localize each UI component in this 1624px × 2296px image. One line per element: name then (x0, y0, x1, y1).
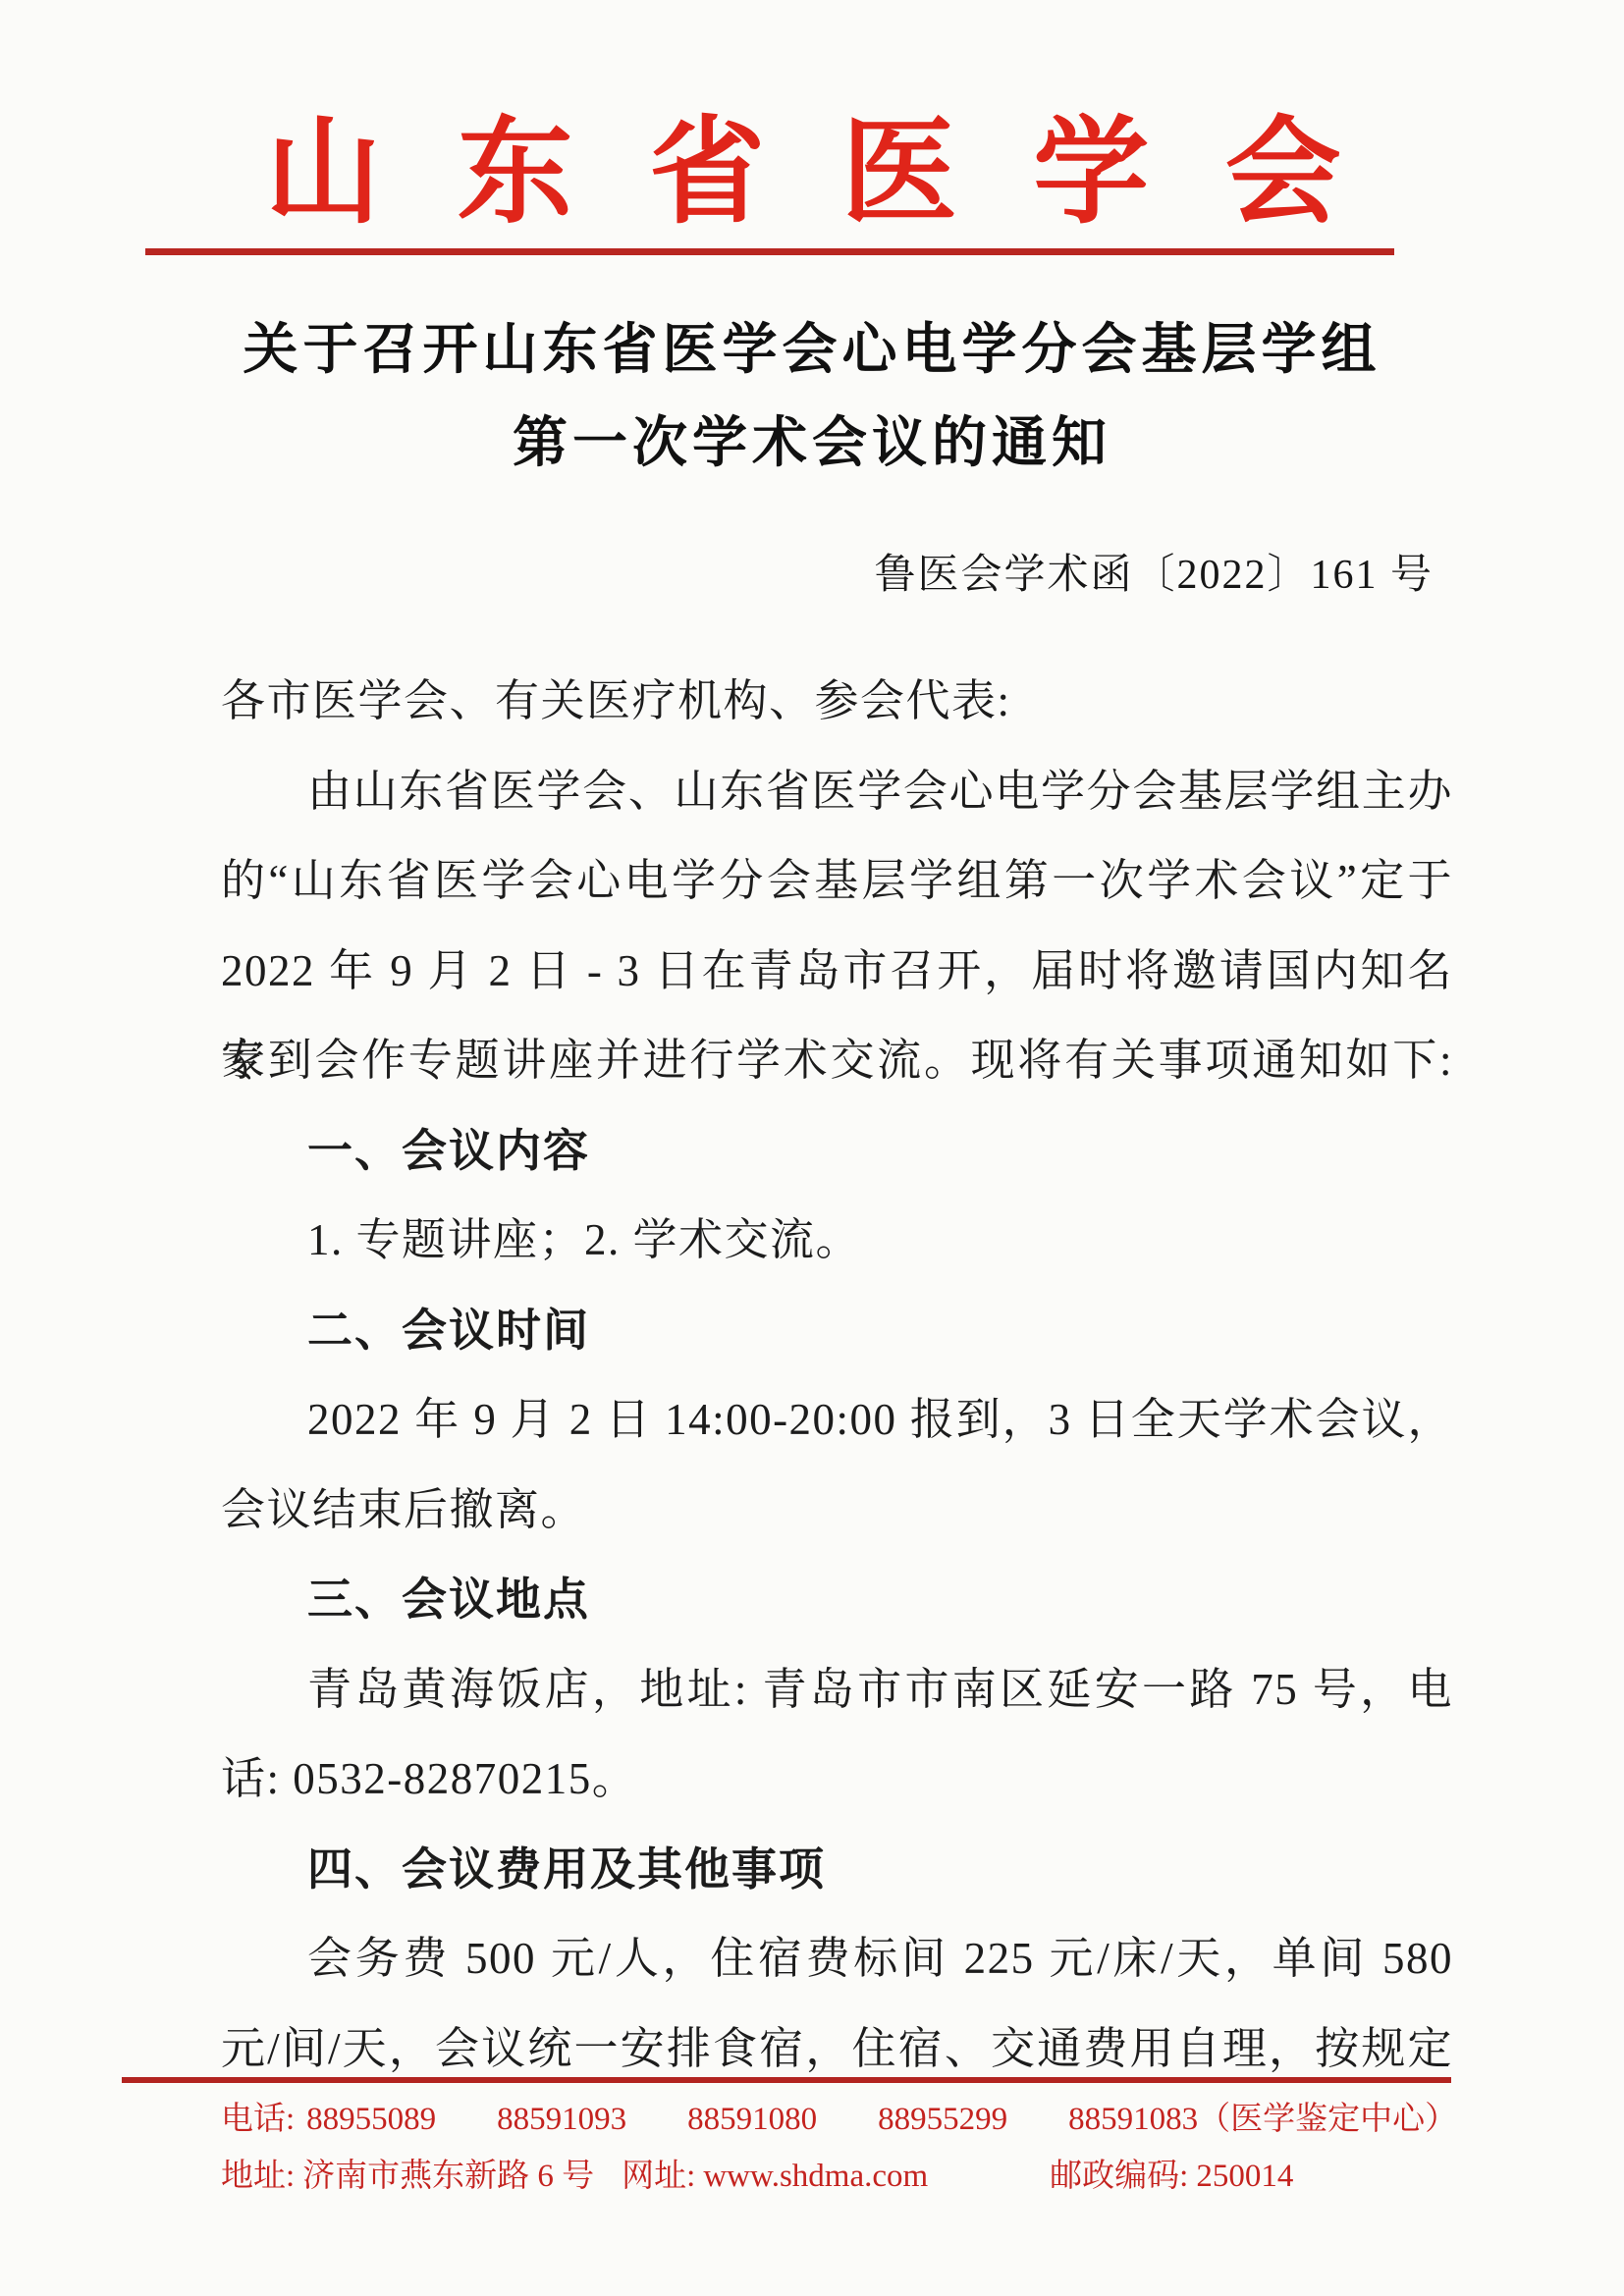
phone-number: 88591093 (497, 2099, 626, 2140)
body-line: 会议结束后撤离。 (221, 1466, 1453, 1556)
body-line: 会务费 500 元/人，住宿费标间 225 元/床/天，单间 580 (221, 1914, 1453, 2004)
footer-rule (122, 2077, 1451, 2083)
body-line: 家到会作专题讲座并进行学术交流。现将有关事项通知如下: (221, 1016, 1453, 1106)
footer-postcode-group: 邮政编码: 250014 (1050, 2156, 1293, 2197)
phone-number: 88955299 (878, 2099, 1007, 2140)
section-heading: 四、会议费用及其他事项 (221, 1825, 1453, 1915)
body-line: 由山东省医学会、山东省医学会心电学分会基层学组主办 (221, 747, 1453, 837)
document-number: 鲁医会学术函〔2022〕161 号 (874, 550, 1434, 601)
postcode-label: 邮政编码: (1050, 2156, 1188, 2197)
letterhead-rule (145, 248, 1394, 255)
document-page: 山 东 省 医 学 会 关于召开山东省医学会心电学分会基层学组 第一次学术会议的… (0, 0, 1624, 2296)
footer-phone-line: 电话: 88955089 88591093 88591080 88955299 … (221, 2099, 1457, 2140)
body-line: 1. 专题讲座；2. 学术交流。 (221, 1196, 1453, 1286)
body-line: 的“山东省医学会心电学分会基层学组第一次学术会议”定于 (221, 836, 1453, 927)
notice-title-line2: 第一次学术会议的通知 (0, 410, 1624, 475)
section-heading: 三、会议地点 (221, 1555, 1453, 1645)
body-line: 各市医学会、有关医疗机构、参会代表: (221, 657, 1453, 747)
body-line: 2022 年 9 月 2 日 14:00-20:00 报到，3 日全天学术会议， (221, 1375, 1453, 1466)
body-line: 话: 0532-82870215。 (221, 1735, 1453, 1825)
website-value: www.shdma.com (703, 2156, 928, 2197)
footer-website-group: 网址: www.shdma.com (622, 2156, 928, 2197)
body-line: 青岛黄海饭店，地址: 青岛市市南区延安一路 75 号，电 (221, 1645, 1453, 1735)
phone-number: 88591080 (687, 2099, 817, 2140)
notice-title-line1: 关于召开山东省医学会心电学分会基层学组 (0, 317, 1624, 382)
address-value: 济南市燕东新路 6 号 (302, 2156, 594, 2197)
body-line: 2022 年 9 月 2 日 - 3 日在青岛市召开，届时将邀请国内知名专 (221, 927, 1453, 1017)
postcode-value: 250014 (1196, 2156, 1293, 2197)
letterhead-org-name: 山 东 省 医 学 会 (0, 110, 1624, 238)
phone-number: 88955089 (306, 2099, 436, 2140)
phone-number: 88591083（医学鉴定中心） (1068, 2099, 1457, 2140)
section-heading: 二、会议时间 (221, 1286, 1453, 1376)
footer-address-group: 地址: 济南市燕东新路 6 号 (221, 2156, 594, 2197)
footer-address-line: 地址: 济南市燕东新路 6 号 网址: www.shdma.com 邮政编码: … (221, 2156, 1293, 2197)
website-label: 网址: (622, 2156, 695, 2197)
notice-body: 各市医学会、有关医疗机构、参会代表:由山东省医学会、山东省医学会心电学分会基层学… (221, 657, 1453, 2094)
section-heading: 一、会议内容 (221, 1106, 1453, 1197)
phone-label: 电话: (221, 2099, 295, 2140)
address-label: 地址: (221, 2156, 295, 2197)
